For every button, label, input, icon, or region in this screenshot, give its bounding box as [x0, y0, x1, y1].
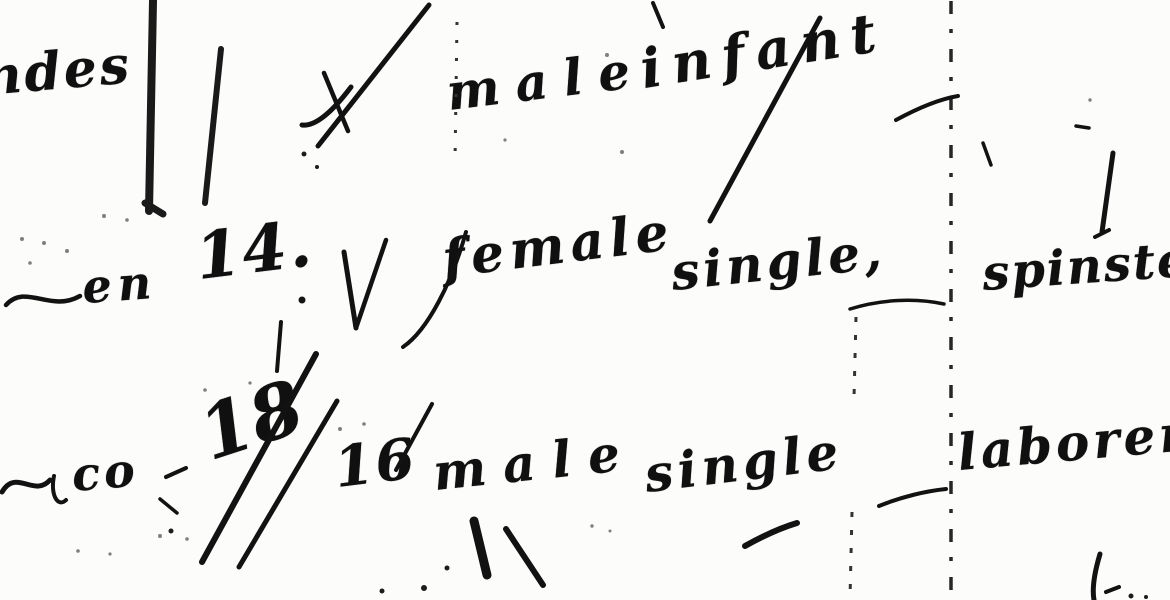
connector-swash-row3 — [879, 489, 946, 506]
connector-swash-row2 — [850, 300, 944, 309]
long-f-stem-infant — [710, 18, 820, 221]
cutoff-swash-bottom-center — [745, 523, 797, 546]
strike-slash-2 — [239, 401, 337, 567]
strike-tick-1 — [166, 468, 186, 477]
scanned-document-page: ndes male infant en 14. female single, s… — [0, 0, 1170, 600]
column-rule-dotted-mid-upper — [854, 317, 856, 398]
ink-dot — [1144, 595, 1148, 599]
ink-dot — [169, 529, 174, 534]
column-rule-dotted-mid-lower — [850, 512, 852, 598]
ink-dot — [315, 165, 319, 169]
cursive-swash-row2-left — [6, 296, 80, 305]
small-dash-row1-right — [1076, 126, 1089, 128]
cursive-swash-row3-left-2 — [53, 476, 66, 502]
small-tick-row1-right — [983, 143, 991, 165]
cutoff-t-cross-bottom-right — [1106, 587, 1119, 592]
ink-dot — [445, 566, 450, 571]
ink-marks-overlay — [0, 0, 1170, 600]
check-mark-row2-up — [356, 240, 386, 328]
ascender-tick-row1 — [653, 3, 663, 27]
ink-dot — [302, 152, 307, 157]
period-after-age — [299, 297, 306, 304]
numeral-four-tail — [277, 322, 281, 371]
long-f-tail-female — [403, 232, 466, 347]
ink-dot — [421, 585, 427, 591]
tally-mark-row1 — [205, 49, 221, 203]
column-rule-solid — [149, 1, 153, 211]
column-rule-dotted-left — [455, 22, 457, 162]
check-mark-row2-down — [344, 252, 356, 328]
cutoff-stroke-bottom-2 — [506, 529, 543, 585]
long-slash-row1 — [318, 5, 429, 146]
strike-tick-2 — [160, 499, 177, 513]
t-crossbar-flourish-infant — [896, 96, 958, 120]
cutoff-t-stem-bottom-right — [1093, 554, 1100, 600]
ink-dot — [380, 589, 385, 594]
cutoff-stroke-bottom-1 — [474, 521, 487, 575]
numeral-one-mark-right — [1102, 153, 1113, 232]
cursive-swash-row3-left — [2, 480, 50, 492]
stray-ink-specks — [20, 53, 1092, 556]
ink-dot — [1129, 594, 1134, 599]
slash-above-age-16 — [396, 404, 432, 470]
